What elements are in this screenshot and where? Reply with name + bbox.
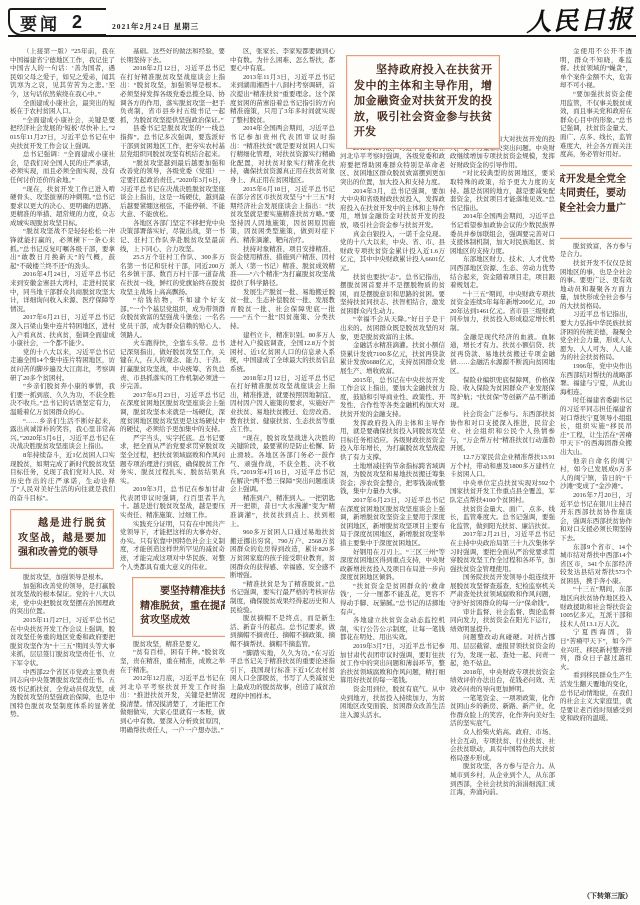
body-paragraph: 2016年4月24日，习近平总书记来到安徽金寨县大湾村，走进村民家中，同当地干部…	[10, 271, 115, 314]
body-paragraph: 1996年，党中央作出东西部结对帮扶的战略部署。福建与宁夏，从此山海相连。	[560, 363, 632, 397]
section-name: 要闻	[20, 10, 60, 35]
callout-party-leadership: 越是进行脱贫攻坚战，越是要加强和改善党的领导	[10, 509, 114, 569]
callout-text: 坚持政府投入在扶贫开发中的主体和主导作用，增加金融资金对扶贫开发的投放，吸引社会…	[354, 63, 492, 141]
column-2-text-top: 基础。这些好的做法和经验，要长期坚持下去。2018年2月12日，习近平总书记在打…	[120, 48, 225, 572]
body-paragraph: 一笔笔资金、一项项政策，化作贫困山乡的新房、新路、新产业，化作群众脸上的笑容，化…	[450, 695, 555, 729]
body-paragraph: 时任福建省委副书记的习近平同志担任福建省对口帮扶宁夏领导小组组长，组织实施“移民…	[560, 397, 632, 457]
body-paragraph: 社会资金广泛参与。东西部扶贫协作和对口支援深入推进，民营企业、社会组织和公民个人…	[450, 411, 555, 454]
body-paragraph: “幸福不会从天降。”好日子是干出来的。贫困群众既是脱贫攻坚的对象，更是脱贫致富的…	[340, 316, 445, 342]
body-paragraph: 脱贫致富，各方参与是合力。	[560, 243, 632, 260]
body-paragraph: 脱贫摘帽不是终点，而是新生活、新奋斗的起点。总书记要求，做到摘帽不摘责任、摘帽不…	[230, 615, 335, 649]
body-paragraph: 东部9个省市、14个城市结对帮扶中西部14个省区市，341个东部经济较发达县结对…	[560, 544, 632, 587]
column-2-text-bottom: 脱贫攻坚，精准是要义。“贫有百样，困有千种。”脱贫攻坚，贵在精准，重在精准，成败…	[120, 641, 225, 736]
body-paragraph: 2014年全国两会期间，习近平总书记参加贵州代表团审议时指出：“精准扶贫”就是要…	[230, 125, 335, 185]
body-paragraph: 金融活水精准滴灌。扶贫小额信贷累计发放7100多亿元，扶贫再贷款累计发放6688…	[340, 342, 445, 376]
body-paragraph: “要加强扶贫资金使用监管，不仅事关脱贫成效，而且事关党和政府在群众心目中的形象。…	[560, 91, 632, 160]
callout-text: 越是进行脱贫攻坚战，越是要加强和改善党的领导	[18, 517, 106, 561]
body-paragraph: 真金白银投入，一诺千金兑现。党的十八大以来，中央、省、市、县财政专项扶贫资金累计…	[340, 231, 445, 274]
body-paragraph: “……乡亲们生活不断好起来，露出真诚淳朴的笑容，我心里非常高兴。”2020年3月…	[10, 418, 115, 452]
body-paragraph: 960多万贫困人口通过易地扶贫搬迁挪出穷窝，790万户、2568万贫困群众的危房…	[230, 529, 335, 581]
callout-whole-society-participation: 扶贫开发是全党全社会的共同责任，要动员和凝聚全社会力量广泛参与	[560, 165, 632, 239]
body-paragraph: 2018年2月12日，习近平总书记在打好精准脱贫攻坚战座谈会上指出，精准推进，就…	[230, 375, 335, 435]
body-paragraph: 2017年6月21日，习近平总书记深入吕梁山集中连片特困地区，进村入户看真贫、扶…	[10, 314, 115, 348]
body-paragraph: 扶贫开发不仅仅是贫困地区的事，也是全社会的事。要更广泛、更有效地动员和凝聚各方面…	[560, 260, 632, 312]
body-paragraph: 2018年2月12日，习近平总书记在打好精准脱贫攻坚战座谈会上指出：“脱贫攻坚，…	[120, 65, 225, 125]
edition-date: 2021年2月24日 星期三	[112, 21, 199, 32]
body-paragraph: “脱贫攻坚战不是轻轻松松一冲锋就能打赢的，必须横下一条心来抓。”总书记反复叮嘱各…	[10, 228, 115, 271]
body-paragraph: 2016年7月20日，习近平总书记在银川主持召开东西部扶贫协作座谈会，强调东西部…	[560, 492, 632, 544]
body-paragraph: 扶持对象精准、项目安排精准、资金使用精准、措施到户精准、因村派人（第一书记）精准…	[230, 246, 335, 289]
body-paragraph: 2015年6月18日，习近平总书记在部分省区市扶贫攻坚与“十三五”时期经济社会发…	[230, 186, 335, 246]
body-paragraph: 审计监督、社会监督、舆论监督同向发力，扶贫资金在阳光下运行，绩效明显提升。	[450, 609, 555, 635]
body-paragraph: 县委书记是脱贫攻坚的“一线总指挥”。总书记多次强调，要选派好干部到贫困地区工作，…	[120, 125, 225, 159]
page-number: 2	[72, 12, 82, 33]
body-paragraph: 8年持续奋斗，近1亿贫困人口实现脱贫，如期完成了新时代脱贫攻坚目标任务，兑现了我…	[10, 452, 115, 504]
body-paragraph: 土地增减挂钩节余指标跨省域调剂，为脱贫攻坚和易地扶贫搬迁筹集资金；涉农资金整合，…	[340, 463, 445, 497]
body-paragraph: “对比较典型的贫困地区，要采取特殊的政策，给予更大力度的支持。越是贫困的地方，越…	[450, 170, 555, 213]
body-paragraph: 2017年6月23日，习近平总书记在深度贫困地区脱贫攻坚座谈会上强调，脱贫攻坚本…	[120, 392, 225, 435]
body-paragraph: 25.5万个驻村工作队、300多万名第一书记和驻村干部，同近200万名乡镇干部、…	[120, 254, 225, 297]
newspaper-page: 要闻 2 2021年2月24日 星期三 人民日报 坚持政府投入在扶贫开发中的主体…	[0, 0, 640, 905]
continued-on-page-note: （下转第三版）	[520, 891, 632, 901]
body-paragraph: （上接第一版）“25年前，我在中国福建省宁德地区工作，我记住了中国古人的一句话：…	[10, 48, 115, 100]
body-paragraph: 问题整改动真碰硬。对挤占挪用、层层截留、虚报冒领扶贫资金的行为，发现一起、查处一…	[450, 634, 555, 668]
body-paragraph: 资金用到位，脱贫有底气。从中央到地方，扶贫投入持续加力，为贫困地区改变面貌、贫困…	[340, 686, 445, 720]
body-paragraph: “贫有百样，困有千种。”脱贫攻坚，贵在精准，重在精准，成败之举在于精准。	[120, 649, 225, 675]
column-1: （上接第一版）“25年前，我在中国福建省宁德地区工作，我记住了中国古人的一句话：…	[10, 48, 115, 894]
callout-text: 要坚持精准扶贫、精准脱贫，重在提高脱贫攻坚成效	[140, 585, 225, 629]
column-6: 金使用不公开不透明，群众不知晓，难监督。扶贫领域的“蝇贪”，单个案件金额不大，危…	[560, 48, 632, 894]
body-paragraph: “全面建成小康社会，关键是要把经济社会发展的‘短板’尽快补上。”2015年11月…	[10, 117, 115, 151]
body-paragraph: 精准到户、精准到人。一把钥匙开一把锁，昔日“大水漫灌”变为“精准滴灌”，扶贫扶到…	[230, 495, 335, 529]
body-paragraph: 发挥政府投入的主体和主导作用，就是要确保扶贫投入同脱贫攻坚目标任务相适应。各级财…	[340, 420, 445, 463]
body-paragraph: “乡亲们脱贫奔小康的事情，我们要一抓到底、久久为功，不获全胜决不收兵。”总书记的…	[10, 383, 115, 417]
column-4: 脱贫致富，资金投入是保障。2012年12月底，习近平总书记在河北阜平考察时强调，…	[340, 48, 445, 894]
body-paragraph: 2019年3月7日，习近平总书记参加甘肃代表团审议时强调，要盯住扶贫工作中的突出…	[340, 643, 445, 686]
body-paragraph: 金融是现代经济的血液。血脉通，增长才有力。扶贫小额信贷、扶贫再贷款、易地扶贫搬迁…	[450, 334, 555, 377]
body-paragraph: 扶贫资金量大、面广、点多、线长，监管难度大。总书记强调，要强化监管，做到阳光扶贫…	[450, 506, 555, 532]
body-paragraph: 习近平总书记指出，要大力弘扬中华民族扶贫济困的传统美德，凝聚全党全社会力量，形成…	[560, 311, 632, 363]
body-paragraph: 保险业编织兜底保障网，价格保险、收入保险为贫困群众产业发展保驾护航；“扶贫保”等…	[450, 377, 555, 411]
body-paragraph: 2012年12月底，习近平总书记在河北阜平考察扶贫开发工作时指出：“推进扶贫开发…	[120, 675, 225, 735]
body-paragraph: 基础。这些好的做法和经验，要长期坚持下去。	[120, 48, 225, 65]
body-paragraph: 建档立卡，精准识别。80多万人进村入户摸底调查，全国12.8万个贫困村、近1亿贫…	[230, 332, 335, 375]
callout-text: 扶贫开发是全党全社会的共同责任，要动员和凝聚全社会力量广泛参与	[560, 173, 626, 231]
body-paragraph: 国务院扶贫开发领导小组连续开展脱贫攻坚督查巡查，纪检监察机关严肃查处扶贫领域腐败…	[450, 574, 555, 608]
header-rule	[8, 35, 636, 37]
body-paragraph: 中西部22个省区市党政主要负责同志向中央签署脱贫攻坚责任书。五级书记抓扶贫、全党…	[10, 669, 115, 721]
body-paragraph: “给钱给物，不如建个好支部。”一个个基层党组织，成为带领群众脱贫致富的坚强战斗堡…	[120, 297, 225, 340]
body-paragraph: 党的十八大以来，习近平总书记走遍全国14个集中连片特困地区，访贫问苦的脚步遍及大…	[10, 349, 115, 383]
masthead-renmin-ribao: 人民日报	[525, 0, 634, 39]
body-paragraph: 2014年3月，总书记强调，要加大中央和省级财政扶贫投入，发挥政府投入在扶贫开发…	[340, 188, 445, 231]
body-paragraph: 看到移民群众生产生活发生翻天覆地的变化，总书记动情地说，在我们的社会主义大家庭里…	[560, 672, 632, 724]
body-paragraph: 各地区各部门坚定不移把党中央决策部署落实好，尽锐出战，第一书记、驻村工作队奔赴脱…	[120, 220, 225, 254]
body-paragraph: 加强和改善党的领导，是打赢脱贫攻坚战的根本保证。党的十八大以来，党中央把脱贫攻坚…	[10, 583, 115, 617]
column-6-text-bottom: 脱贫致富，各方参与是合力。扶贫开发不仅仅是贫困地区的事，也是全社会的事。要更广泛…	[560, 243, 632, 724]
body-paragraph: 12.7万家民营企业精准帮扶13.91万个村，带动和惠及1800多万建档立卡贫困…	[450, 454, 555, 480]
body-paragraph: 脱贫攻坚，加强领导是根本。	[10, 574, 115, 583]
body-paragraph: 宁夏西海固，昔日“苦瘠甲天下”，如今产业兴旺、移民新村整齐排列，群众日子越过越红…	[560, 629, 632, 672]
body-paragraph: “现在，扶贫开发工作已进入啃硬骨头、攻坚拔寨的冲刺期。”总书记要求以更大的决心、…	[10, 186, 115, 229]
body-paragraph: 中央单位定点扶贫实现对592个国家扶贫开发工作重点县全覆盖，军队定点帮扶4100…	[450, 480, 555, 506]
callout-government-investment: 坚持政府投入在扶贫开发中的主体和主导作用，增加金融资金对扶贫开发的投放，吸引社会…	[346, 55, 500, 149]
body-paragraph: 严字当头，实字托底。总书记要求，把全面从严治党要求贯穿脱贫攻坚全过程，把扶贫领域…	[120, 435, 225, 487]
body-paragraph: “现在，脱贫攻坚战进入决胜的关键阶段，最要紧的是防止松懈、防止滑坡。各地区各部门…	[230, 435, 335, 495]
column-5: 各级财政要加大对扶贫开发的投入，集中力量解决突出问题。中央财政继续增加专项扶贫资…	[450, 48, 555, 894]
body-paragraph: 金使用不公开不透明，群众不知晓，难监督。扶贫领域的“蝇贪”，单个案件金额不大，危…	[560, 48, 632, 91]
section-label-box: 要闻 2	[8, 8, 106, 36]
body-paragraph: 2018年，中央财政专项扶贫资金绩效评价办法出台，花钱必问效、无效必问责的导向更…	[450, 669, 555, 695]
body-paragraph: 发展生产脱贫一批、易地搬迁脱贫一批、生态补偿脱贫一批、发展教育脱贫一批、社会保障…	[230, 289, 335, 332]
body-paragraph: 2012年12月底，习近平总书记在河北阜平考察时强调，各级党委和政府要把帮助困难…	[340, 145, 445, 188]
body-paragraph: 2015年，总书记在中央扶贫开发工作会议上指出，要加大金融扶贫力度，鼓励和引导商…	[340, 377, 445, 420]
column-6-text-top: 金使用不公开不透明，群众不知晓，难监督。扶贫领域的“蝇贪”，单个案件金额不大，危…	[560, 48, 632, 160]
body-paragraph: 2015年11月27日，习近平总书记在中央扶贫开发工作会议上强调，脱贫攻坚任务重…	[10, 617, 115, 669]
column-1-text-top: （上接第一版）“25年前，我在中国福建省宁德地区工作，我记住了中国古人的一句话：…	[10, 48, 115, 503]
body-paragraph: 火车跑得快，全靠车头带。总书记深刻指出，做好脱贫攻坚工作，关键在人，在人的观念、…	[120, 340, 225, 392]
body-paragraph: 2017年6月23日，习近平总书记在深度贫困地区脱贫攻坚座谈会上强调，新增脱贫攻…	[340, 497, 445, 549]
body-paragraph: 东部地区财力、技术、人才优势同西部地区资源、生态、劳动力优势结合起来，资金随着项…	[450, 256, 555, 290]
body-paragraph: “脱贫攻坚越到最后越要加强和改善党的领导，各级党委（党组）一定要扛起政治责任。”…	[120, 160, 225, 220]
body-paragraph: 总书记强调：“全面建成小康社会，是我们对全国人民的庄严承诺，必须实现，而且必须全…	[10, 151, 115, 185]
column-3: 区，张家长、李家短都要做到心中有数。为什么困难、怎么帮扶，都要心中有底。2013…	[230, 48, 335, 894]
body-paragraph: 扶贫也要扶“志”。总书记指出，摆脱贫困首要并不是摆脱物质的贫困，而是摆脱意识和思…	[340, 274, 445, 317]
body-paragraph: “十三五”期间，中央财政专项扶贫资金连续5年每年新增200亿元，2020年达到1…	[450, 291, 555, 334]
column-5-text: 各级财政要加大对扶贫开发的投入，集中力量解决突出问题。中央财政继续增加专项扶贫资…	[450, 136, 555, 798]
body-paragraph: 2013年11月3日，习近平总书记来到湖南湘西十八洞村考察调研，首次提出“精准扶…	[230, 74, 335, 126]
body-paragraph: 各地建立扶贫资金动态监控机制，实行公告公示制度，让每一笔钱都花在明处、用出实效。	[340, 617, 445, 643]
body-paragraph: “扶贫资金是贫困群众的‘救命钱’，一分一厘都不能乱花，更容不得动手脚、玩猫腻。”…	[340, 583, 445, 617]
body-paragraph: 2014年全国两会期间，习近平总书记看望参加政协会议的少数民族界委员并参加联组会…	[450, 213, 555, 256]
body-paragraph: 众人拾柴火焰高。政府、市场、社会互动，专项扶贫、行业扶贫、社会扶贫联动，具有中国…	[450, 729, 555, 763]
body-paragraph: 脱贫攻坚，各方参与是合力。从城市到乡村，从企业到个人，从东部到西部，全社会扶贫的…	[450, 763, 555, 797]
body-paragraph: “十三五”期间，东部地区向扶贫协作地区投入财政援助和社会帮扶资金1005亿多元，…	[560, 586, 632, 629]
column-1-text-bottom: 脱贫攻坚，加强领导是根本。加强和改善党的领导，是打赢脱贫攻坚战的根本保证。党的十…	[10, 574, 115, 720]
body-paragraph: 区，张家长、李家短都要做到心中有数。为什么困难、怎么帮扶，都要心中有底。	[230, 48, 335, 74]
body-paragraph: 他亲自命名的闽宁村，如今已发展成6万多人的闽宁镇，昔日的“干沙滩”变成了“金沙滩…	[560, 458, 632, 492]
body-paragraph: 2017年2月21日，习近平总书记在主持中央政治局第三十九次集体学习时强调，要把…	[450, 531, 555, 574]
body-paragraph: 好钢用在刀刃上。“三区三州”等深度贫困地区得到重点支持，中央财政新增扶贫投入及项…	[340, 549, 445, 583]
callout-targeted-poverty-alleviation: 要坚持精准扶贫、精准脱贫，重在提高脱贫攻坚成效	[132, 577, 225, 637]
body-paragraph: “精准扶贫是为了精准脱贫。”总书记强调，要实行最严格的考核评估制度，确保脱贫成果…	[230, 581, 335, 615]
column-4-text: 脱贫致富，资金投入是保障。2012年12月底，习近平总书记在河北阜平考察时强调，…	[340, 136, 445, 720]
column-3-text: 区，张家长、李家短都要做到心中有数。为什么困难、怎么帮扶，都要心中有底。2013…	[230, 48, 335, 701]
body-paragraph: 全面建成小康社会，最突出的短板在于农村贫困人口。	[10, 100, 115, 117]
body-paragraph: 实践充分证明，只有在中国共产党领导下，才能把这样的大事办好、办实。只有依靠中国特…	[120, 521, 225, 573]
body-paragraph: “脚踏实地，久久为功。”在习近平总书记关于精准扶贫的重要论述指引下，我国现行标准…	[230, 650, 335, 702]
column-2: 基础。这些好的做法和经验，要长期坚持下去。2018年2月12日，习近平总书记在打…	[120, 48, 225, 894]
body-paragraph: 2019年3月，总书记在参加甘肃代表团审议时强调，行百里者半九十。越是进行脱贫攻…	[120, 486, 225, 520]
